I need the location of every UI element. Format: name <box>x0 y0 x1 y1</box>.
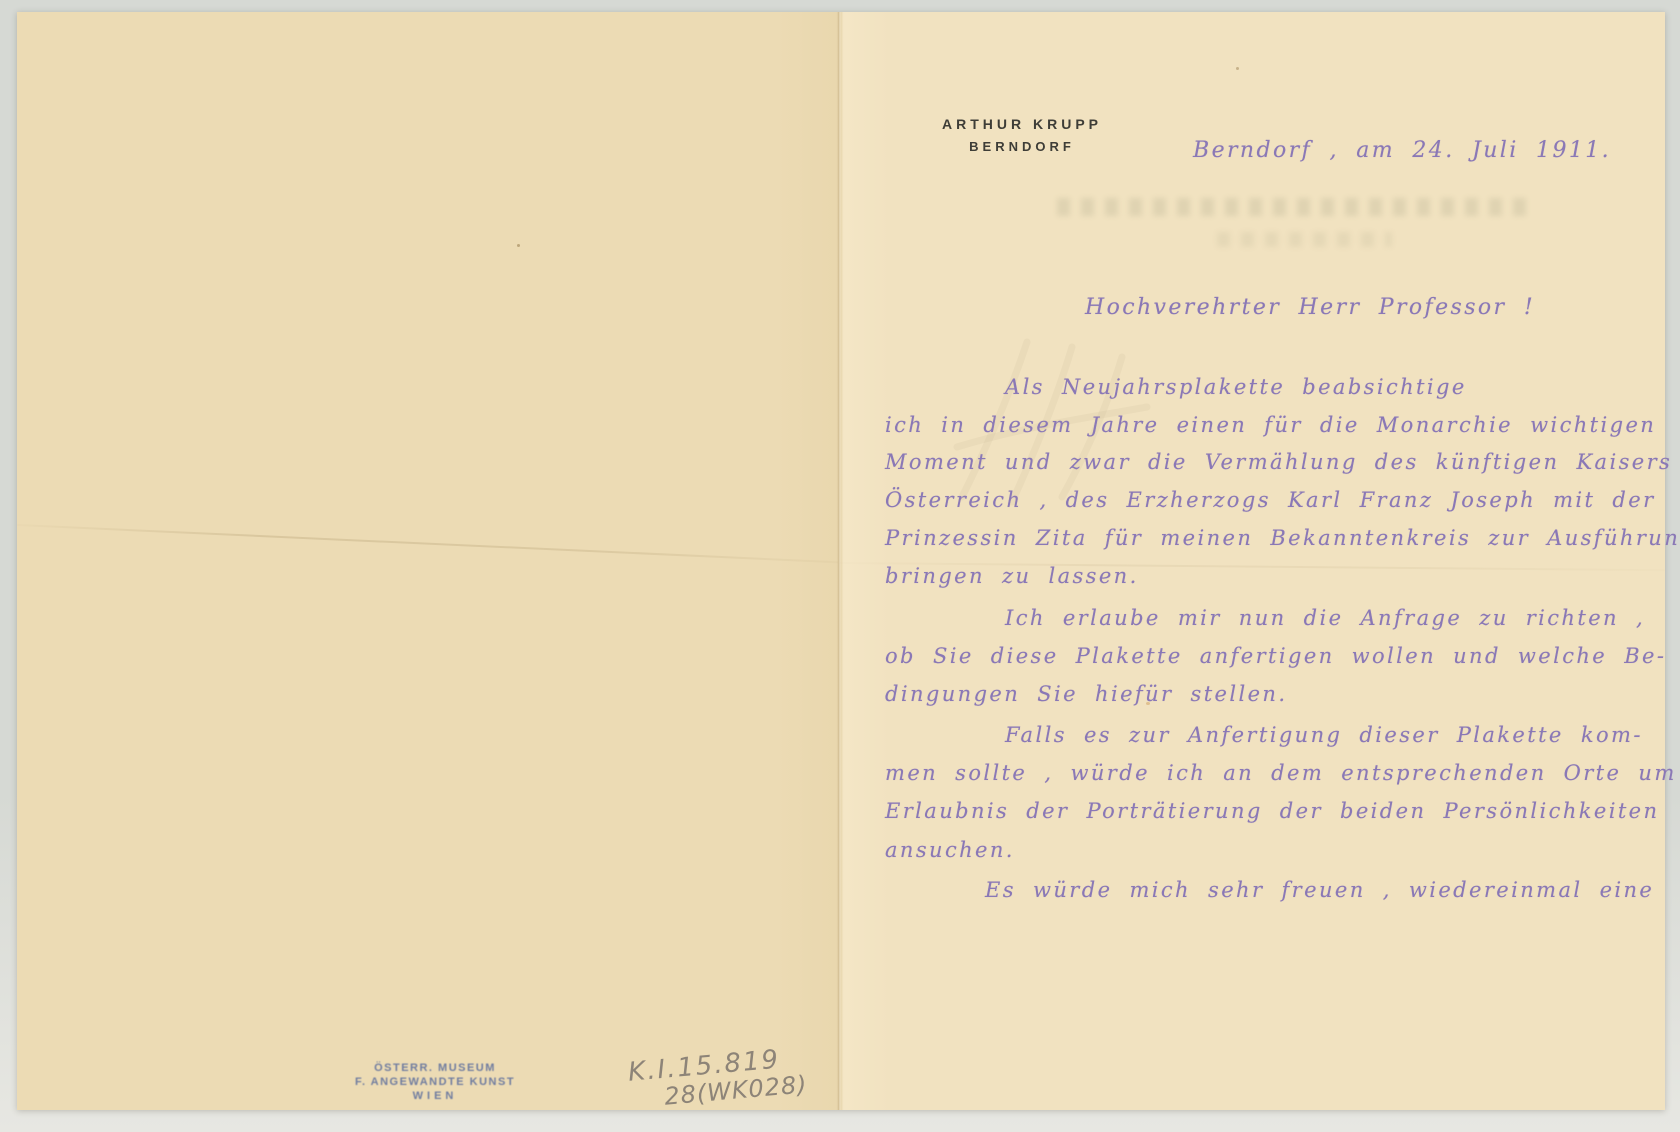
letterhead-name: ARTHUR KRUPP <box>917 116 1127 132</box>
letter-body-line: dingungen Sie hiefür stellen. <box>885 682 1287 706</box>
museum-stamp-line: WIEN <box>350 1090 520 1102</box>
paper-speck <box>1236 67 1239 70</box>
horizontal-fold-crease-left <box>17 524 838 563</box>
inventory-annotation: K.I.15.819 28(WK028) <box>627 1042 809 1113</box>
ink-bleed-through-ghost <box>1057 198 1532 216</box>
museum-stamp: ÖSTERR. MUSEUM F. ANGEWANDTE KUNST WIEN <box>350 1062 520 1102</box>
dateline: Berndorf , am 24. Juli 1911. <box>1193 138 1611 163</box>
letter-body-line: ansuchen. <box>885 838 1015 862</box>
letter-body-line: Als Neujahrsplakette beabsichtige <box>885 375 1467 399</box>
letter-body-line: men sollte , würde ich an dem entspreche… <box>885 761 1680 785</box>
letter-body-line: bringen zu lassen. <box>885 564 1139 588</box>
letter-body-line: Ich erlaube mir nun die Anfrage zu richt… <box>885 606 1645 630</box>
museum-stamp-line: ÖSTERR. MUSEUM <box>350 1062 520 1074</box>
ink-bleed-through-ghost <box>1217 232 1392 247</box>
paper-speck <box>517 244 520 247</box>
letter-body-line: Moment und zwar die Vermählung des künft… <box>885 450 1680 474</box>
letter-sheet: ARTHUR KRUPP BERNDORF Berndorf , am 24. … <box>17 12 1665 1110</box>
salutation: Hochverehrter Herr Professor ! <box>1085 295 1535 320</box>
letterhead-place: BERNDORF <box>917 139 1127 154</box>
letter-body-line: ob Sie diese Plakette anfertigen wollen … <box>885 644 1666 668</box>
letter-body-line: Es würde mich sehr freuen , wiedereinmal… <box>885 878 1654 902</box>
museum-stamp-line: F. ANGEWANDTE KUNST <box>350 1076 520 1088</box>
scan-background: { "document_type": "scanned typewritten … <box>0 0 1680 1132</box>
letterhead: ARTHUR KRUPP BERNDORF <box>917 116 1127 154</box>
letter-body-line: Österreich , des Erzherzogs Karl Franz J… <box>885 488 1656 512</box>
letter-body-line: Falls es zur Anfertigung dieser Plakette… <box>885 723 1643 747</box>
letter-body-line: Erlaubnis der Porträtierung der beiden P… <box>885 799 1659 823</box>
letter-body-line: Prinzessin Zita für meinen Bekanntenkrei… <box>885 526 1680 550</box>
letter-body-line: ich in diesem Jahre einen für die Monarc… <box>885 413 1656 437</box>
